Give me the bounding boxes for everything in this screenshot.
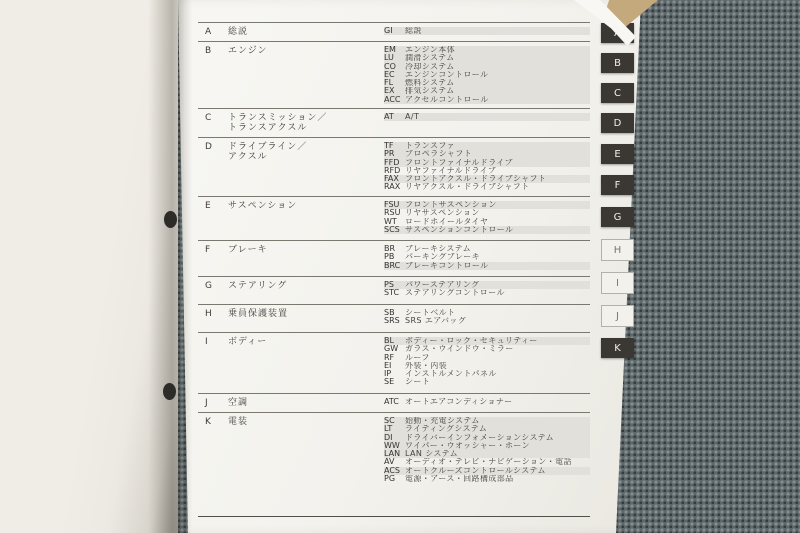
code-row: EX排気システム: [384, 87, 590, 95]
code-row: IPインストルメントパネル: [384, 370, 590, 378]
code-abbr: RFD: [384, 167, 405, 175]
section-letter: D: [205, 142, 228, 196]
section-codes: ATA/T: [384, 113, 590, 137]
code-name: プロペラシャフト: [405, 150, 472, 158]
code-name: シートベルト: [405, 309, 455, 317]
code-name: パワーステアリング: [405, 281, 480, 289]
code-abbr: EX: [384, 87, 405, 95]
section-title-line: ボディー: [228, 337, 267, 347]
code-row: ACCアクセルコントロール: [384, 96, 590, 104]
code-name: 潤滑システム: [405, 54, 455, 62]
code-name: リヤサスペンション: [405, 209, 480, 217]
code-row: PRプロペラシャフト: [384, 150, 590, 158]
section-title-line: トランスミッション／: [228, 113, 327, 123]
section-heading: Dドライブライン／アクスル: [198, 142, 384, 196]
code-row: STCステアリングコントロール: [384, 289, 590, 297]
code-name: エンジンコントロール: [405, 71, 488, 79]
code-row: RFDリヤファイナルドライブ: [384, 167, 590, 175]
code-name: ブレーキシステム: [405, 245, 471, 253]
section-heading: Bエンジン: [198, 46, 384, 108]
section-letter: B: [205, 46, 228, 108]
section-title: 電装: [228, 417, 248, 516]
code-row: TFトランスファ: [384, 142, 590, 150]
code-name: トランスファ: [405, 142, 455, 150]
code-name: SRS エアバッグ: [405, 317, 466, 325]
index-tab-k: K: [601, 338, 634, 358]
section-heading: Eサスペンション: [198, 201, 384, 240]
code-abbr: RSU: [384, 209, 405, 217]
code-row: FFDフロントファイナルドライブ: [384, 159, 590, 167]
code-row: PBパーキングブレーキ: [384, 253, 590, 261]
section-title: エンジン: [228, 46, 268, 108]
section-title: 乗員保護装置: [228, 309, 288, 332]
code-name: ブレーキコントロール: [405, 262, 489, 270]
code-abbr: GW: [384, 345, 405, 353]
toc-section-a: A総説GI総説: [198, 22, 590, 41]
section-title-line: 空調: [228, 398, 248, 408]
code-name: ボディー・ロック・セキュリティー: [405, 337, 538, 345]
code-row: AVオーディオ・テレビ・ナビゲーション・電話: [384, 458, 590, 466]
code-name: フロントファイナルドライブ: [405, 159, 513, 167]
code-abbr: BL: [384, 337, 405, 345]
code-row: GI総説: [384, 27, 590, 35]
toc-section-f: FブレーキBRブレーキシステムPBパーキングブレーキBRCブレーキコントロール: [198, 240, 590, 276]
code-row: LANLAN システム: [384, 450, 590, 458]
index-tab-i: I: [601, 272, 634, 294]
code-name: 外装・内装: [405, 362, 447, 370]
code-abbr: FAX: [384, 175, 405, 183]
section-title: ボディー: [228, 337, 267, 393]
code-name: 排気システム: [405, 87, 455, 95]
code-name: リヤアクスル・ドライブシャフト: [405, 183, 530, 191]
code-abbr: PG: [384, 475, 405, 483]
code-row: GWガラス・ウインドウ・ミラー: [384, 345, 590, 353]
section-codes: BLボディー・ロック・セキュリティーGWガラス・ウインドウ・ミラーRFルーフEI…: [384, 337, 590, 393]
toc-section-g: GステアリングPSパワーステアリングSTCステアリングコントロール: [198, 276, 590, 304]
code-abbr: SC: [384, 417, 405, 425]
section-codes: ATCオートエアコンディショナー: [384, 398, 590, 412]
code-abbr: ACC: [384, 96, 405, 104]
section-letter: I: [205, 337, 228, 393]
code-abbr: SE: [384, 378, 405, 386]
index-tab-e: E: [601, 144, 634, 164]
code-abbr: PB: [384, 253, 405, 261]
section-title: 総説: [228, 27, 248, 41]
section-title: ブレーキ: [228, 245, 268, 276]
code-name: ドライバーインフォメーションシステム: [405, 434, 554, 442]
section-letter: A: [205, 27, 228, 41]
section-heading: H乗員保護装置: [198, 309, 384, 332]
section-letter: K: [205, 417, 228, 516]
code-name: オートクルーズコントロールシステム: [405, 467, 546, 475]
code-abbr: SCS: [384, 226, 405, 234]
code-abbr: WT: [384, 218, 405, 226]
section-title-line: ステアリング: [228, 281, 287, 291]
section-title: サスペンション: [228, 201, 297, 240]
code-name: ルーフ: [405, 354, 430, 362]
section-title-line: ブレーキ: [228, 245, 268, 255]
section-codes: TFトランスファPRプロペラシャフトFFDフロントファイナルドライブRFDリヤフ…: [384, 142, 590, 196]
code-row: WWワイパー・ウオッシャー・ホーン: [384, 442, 590, 450]
section-letter: J: [205, 398, 228, 412]
binder-hole-icon: [163, 383, 176, 400]
toc-section-e: EサスペンションFSUフロントサスペンションRSUリヤサスペンションWTロードホ…: [198, 196, 590, 240]
code-name: パーキングブレーキ: [405, 253, 480, 261]
code-abbr: EC: [384, 71, 405, 79]
section-title-line: 乗員保護装置: [228, 309, 288, 319]
toc-section-j: J空調ATCオートエアコンディショナー: [198, 393, 590, 412]
section-letter: E: [205, 201, 228, 240]
index-tab-g: G: [601, 207, 634, 227]
code-row: ACSオートクルーズコントロールシステム: [384, 467, 590, 475]
code-abbr: PR: [384, 150, 405, 158]
code-row: EMエンジン本体: [384, 46, 590, 54]
code-row: EI外装・内装: [384, 362, 590, 370]
code-name: オートエアコンディショナー: [405, 398, 513, 406]
code-name: リヤファイナルドライブ: [405, 167, 496, 175]
toc-section-b: BエンジンEMエンジン本体LU潤滑システムCO冷却システムECエンジンコントロー…: [198, 41, 590, 108]
code-abbr: FSU: [384, 201, 405, 209]
code-name: シート: [405, 378, 430, 386]
code-row: WTロードホイールタイヤ: [384, 218, 590, 226]
code-name: アクセルコントロール: [405, 96, 489, 104]
code-row: ATA/T: [384, 113, 590, 121]
section-title: ステアリング: [228, 281, 287, 304]
section-heading: J空調: [198, 398, 384, 412]
code-abbr: EI: [384, 362, 405, 370]
section-letter: H: [205, 309, 228, 332]
code-abbr: STC: [384, 289, 405, 297]
section-codes: FSUフロントサスペンションRSUリヤサスペンションWTロードホイールタイヤSC…: [384, 201, 590, 240]
code-name: ワイパー・ウオッシャー・ホーン: [405, 442, 530, 450]
code-abbr: LU: [384, 54, 405, 62]
code-row: LU潤滑システム: [384, 54, 590, 62]
photo-scene: A総説GI総説BエンジンEMエンジン本体LU潤滑システムCO冷却システムECエン…: [0, 0, 800, 533]
section-title-line: アクスル: [228, 152, 307, 162]
code-row: PG電源・アース・回路構成部品: [384, 475, 590, 483]
code-row: SRSSRS エアバッグ: [384, 317, 590, 325]
code-abbr: RF: [384, 354, 405, 362]
code-abbr: ATC: [384, 398, 405, 406]
code-name: ロードホイールタイヤ: [405, 218, 488, 226]
index-tab-h: H: [601, 239, 634, 261]
toc-section-k: K電装SC始動・充電システムLTライティングシステムDIドライバーインフォメーシ…: [198, 412, 590, 516]
code-abbr: GI: [384, 27, 405, 35]
code-row: RSUリヤサスペンション: [384, 209, 590, 217]
code-name: フロントサスペンション: [405, 201, 497, 209]
code-row: BLボディー・ロック・セキュリティー: [384, 337, 590, 345]
code-row: SC始動・充電システム: [384, 417, 590, 425]
code-abbr: FL: [384, 79, 405, 87]
code-name: 総説: [405, 27, 422, 35]
section-title: 空調: [228, 398, 248, 412]
section-title-line: トランスアクスル: [228, 123, 327, 133]
index-tab-d: D: [601, 113, 634, 133]
section-title-line: 総説: [228, 27, 248, 37]
section-title: トランスミッション／トランスアクスル: [228, 113, 327, 137]
code-name: ガラス・ウインドウ・ミラー: [405, 345, 514, 353]
index-tab-f: F: [601, 175, 634, 195]
code-abbr: LT: [384, 425, 405, 433]
code-row: PSパワーステアリング: [384, 281, 590, 289]
code-row: RFルーフ: [384, 354, 590, 362]
section-codes: GI総説: [384, 27, 590, 41]
code-name: オーディオ・テレビ・ナビゲーション・電話: [405, 458, 572, 466]
code-name: インストルメントパネル: [405, 370, 497, 378]
code-abbr: BRC: [384, 262, 405, 270]
section-title-line: 電装: [228, 417, 248, 427]
code-abbr: SB: [384, 309, 405, 317]
code-name: エンジン本体: [405, 46, 455, 54]
code-abbr: EM: [384, 46, 405, 54]
index-tab-b: B: [601, 53, 634, 73]
section-heading: Gステアリング: [198, 281, 384, 304]
code-abbr: CO: [384, 63, 405, 71]
code-row: RAXリヤアクスル・ドライブシャフト: [384, 183, 590, 191]
section-codes: BRブレーキシステムPBパーキングブレーキBRCブレーキコントロール: [384, 245, 590, 276]
toc-section-i: IボディーBLボディー・ロック・セキュリティーGWガラス・ウインドウ・ミラーRF…: [198, 332, 590, 393]
code-row: CO冷却システム: [384, 63, 590, 71]
code-row: BRブレーキシステム: [384, 245, 590, 253]
code-row: ECエンジンコントロール: [384, 71, 590, 79]
code-abbr: DI: [384, 434, 405, 442]
code-row: ATCオートエアコンディショナー: [384, 398, 590, 406]
code-abbr: AT: [384, 113, 405, 121]
code-name: 冷却システム: [405, 63, 455, 71]
code-row: SBシートベルト: [384, 309, 590, 317]
code-abbr: SRS: [384, 317, 405, 325]
code-name: LAN システム: [405, 450, 458, 458]
code-row: SEシート: [384, 378, 590, 386]
code-abbr: AV: [384, 458, 405, 466]
index-tab-j: J: [601, 305, 634, 327]
code-row: FL燃料システム: [384, 79, 590, 87]
code-name: ライティングシステム: [405, 425, 487, 433]
section-codes: PSパワーステアリングSTCステアリングコントロール: [384, 281, 590, 304]
section-codes: SC始動・充電システムLTライティングシステムDIドライバーインフォメーションシ…: [384, 417, 590, 516]
index-tab-c: C: [601, 83, 634, 103]
toc-section-c: Cトランスミッション／トランスアクスルATA/T: [198, 108, 590, 137]
code-abbr: IP: [384, 370, 405, 378]
code-abbr: LAN: [384, 450, 405, 458]
code-row: FAXフロントアクスル・ドライブシャフト: [384, 175, 590, 183]
code-abbr: WW: [384, 442, 405, 450]
code-row: FSUフロントサスペンション: [384, 201, 590, 209]
section-letter: F: [205, 245, 228, 276]
code-name: フロントアクスル・ドライブシャフト: [405, 175, 546, 183]
code-abbr: FFD: [384, 159, 405, 167]
code-name: ステアリングコントロール: [405, 289, 505, 297]
code-abbr: BR: [384, 245, 405, 253]
code-abbr: TF: [384, 142, 405, 150]
code-abbr: ACS: [384, 467, 405, 475]
code-name: 燃料システム: [405, 79, 455, 87]
toc-section-d: Dドライブライン／アクスルTFトランスファPRプロペラシャフトFFDフロントファ…: [198, 137, 590, 196]
section-heading: Iボディー: [198, 337, 384, 393]
section-codes: EMエンジン本体LU潤滑システムCO冷却システムECエンジンコントロールFL燃料…: [384, 46, 590, 108]
section-title-line: エンジン: [228, 46, 268, 56]
code-abbr: RAX: [384, 183, 405, 191]
section-codes: SBシートベルトSRSSRS エアバッグ: [384, 309, 590, 332]
code-name: A/T: [405, 113, 419, 121]
code-row: SCSサスペンションコントロール: [384, 226, 590, 234]
section-letter: G: [205, 281, 228, 304]
code-name: サスペンションコントロール: [405, 226, 513, 234]
facing-page: [0, 0, 178, 533]
section-heading: Fブレーキ: [198, 245, 384, 276]
code-name: 電源・アース・回路構成部品: [405, 475, 514, 483]
table-of-contents: A総説GI総説BエンジンEMエンジン本体LU潤滑システムCO冷却システムECエン…: [198, 22, 590, 517]
code-row: LTライティングシステム: [384, 425, 590, 433]
toc-section-h: H乗員保護装置SBシートベルトSRSSRS エアバッグ: [198, 304, 590, 332]
binder-hole-icon: [164, 211, 177, 228]
section-heading: A総説: [198, 27, 384, 41]
code-row: DIドライバーインフォメーションシステム: [384, 434, 590, 442]
section-heading: K電装: [198, 417, 384, 516]
section-title-line: ドライブライン／: [228, 142, 307, 152]
section-heading: Cトランスミッション／トランスアクスル: [198, 113, 384, 137]
section-title-line: サスペンション: [228, 201, 297, 211]
section-letter: C: [205, 113, 228, 137]
code-abbr: PS: [384, 281, 405, 289]
section-title: ドライブライン／アクスル: [228, 142, 307, 196]
code-row: BRCブレーキコントロール: [384, 262, 590, 270]
code-name: 始動・充電システム: [405, 417, 480, 425]
